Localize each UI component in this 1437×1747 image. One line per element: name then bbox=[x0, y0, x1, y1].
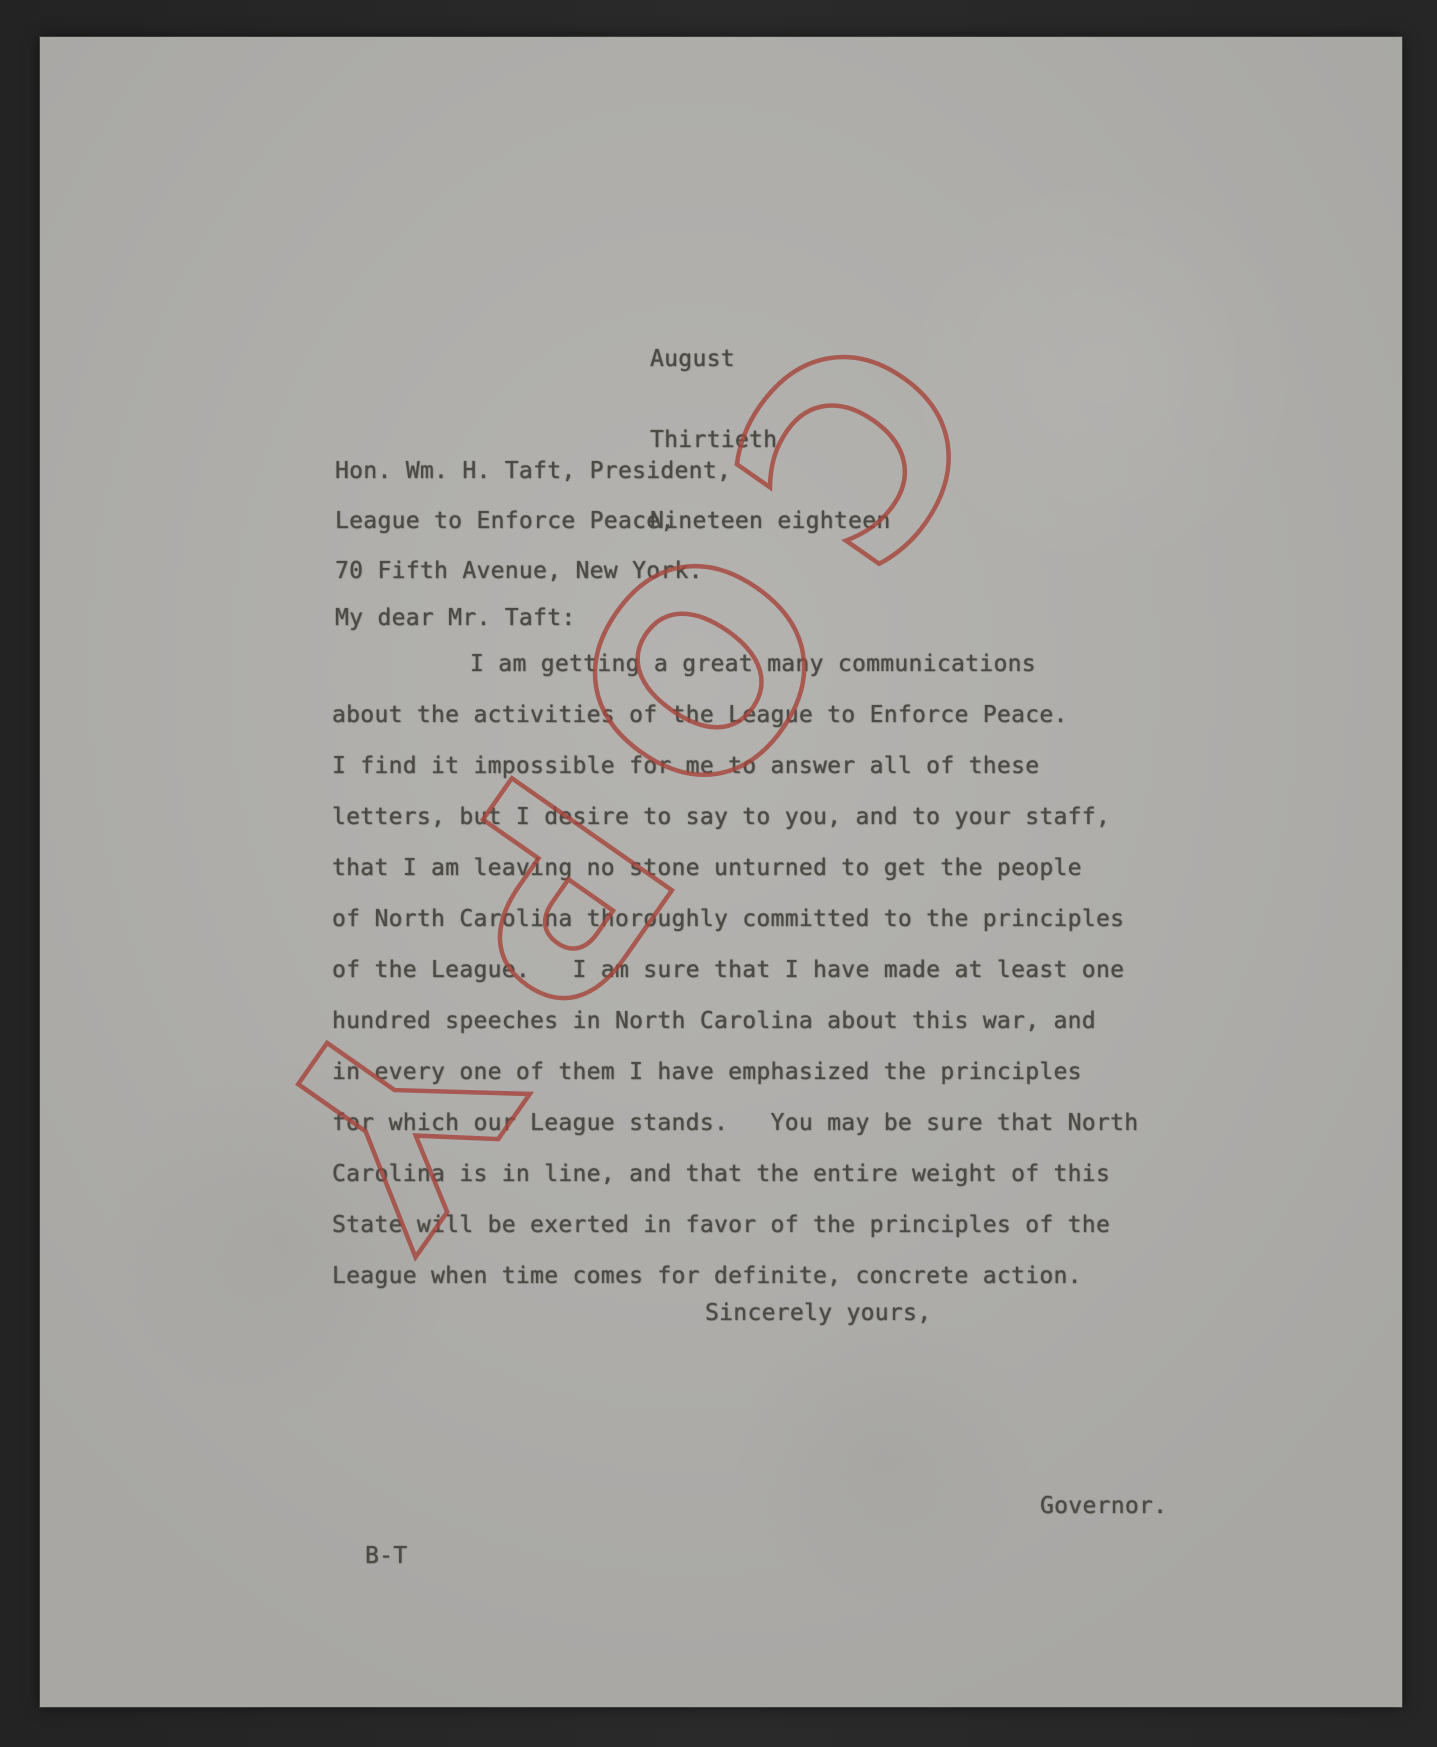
date-line-year: Nineteen eighteen bbox=[650, 508, 891, 535]
typist-initials: B-T bbox=[365, 1543, 407, 1570]
recipient-name-line: Hon. Wm. H. Taft, President, bbox=[335, 458, 731, 485]
date-line-day: Thirtieth bbox=[650, 427, 891, 454]
letter-body-line: of North Carolina thoroughly committed t… bbox=[332, 906, 1124, 933]
letter-body-line: State will be exerted in favor of the pr… bbox=[332, 1212, 1110, 1239]
recipient-address-line: 70 Fifth Avenue, New York. bbox=[335, 558, 703, 585]
scan-background: August Thirtieth Nineteen eighteen Hon. … bbox=[0, 0, 1437, 1747]
letter-body-line: hundred speeches in North Carolina about… bbox=[332, 1008, 1096, 1035]
salutation: My dear Mr. Taft: bbox=[335, 605, 576, 632]
copy-stamp-letter-p: P bbox=[379, 734, 711, 1049]
letter-body-line: League when time comes for definite, con… bbox=[332, 1263, 1082, 1290]
letter-body-line: of the League. I am sure that I have mad… bbox=[332, 957, 1124, 984]
letter-body-line: I find it impossible for me to answer al… bbox=[332, 753, 1039, 780]
letter-body-line: that I am leaving no stone unturned to g… bbox=[332, 855, 1082, 882]
date-block: August Thirtieth Nineteen eighteen bbox=[650, 292, 891, 589]
signature-title: Governor. bbox=[1040, 1493, 1167, 1520]
letter-page: August Thirtieth Nineteen eighteen Hon. … bbox=[40, 37, 1402, 1707]
letter-body-line: about the activities of the League to En… bbox=[332, 702, 1068, 729]
letter-body-line: for which our League stands. You may be … bbox=[332, 1110, 1138, 1137]
letter-body-line: letters, but I desire to say to you, and… bbox=[332, 804, 1110, 831]
recipient-org-line: League to Enforce Peace, bbox=[335, 508, 675, 535]
closing-line: Sincerely yours, bbox=[705, 1300, 931, 1327]
letter-body-line: Carolina is in line, and that the entire… bbox=[332, 1161, 1110, 1188]
date-line-month: August bbox=[650, 346, 891, 373]
letter-body-line: I am getting a great many communications bbox=[332, 651, 1036, 678]
letter-body-line: in every one of them I have emphasized t… bbox=[332, 1059, 1082, 1086]
